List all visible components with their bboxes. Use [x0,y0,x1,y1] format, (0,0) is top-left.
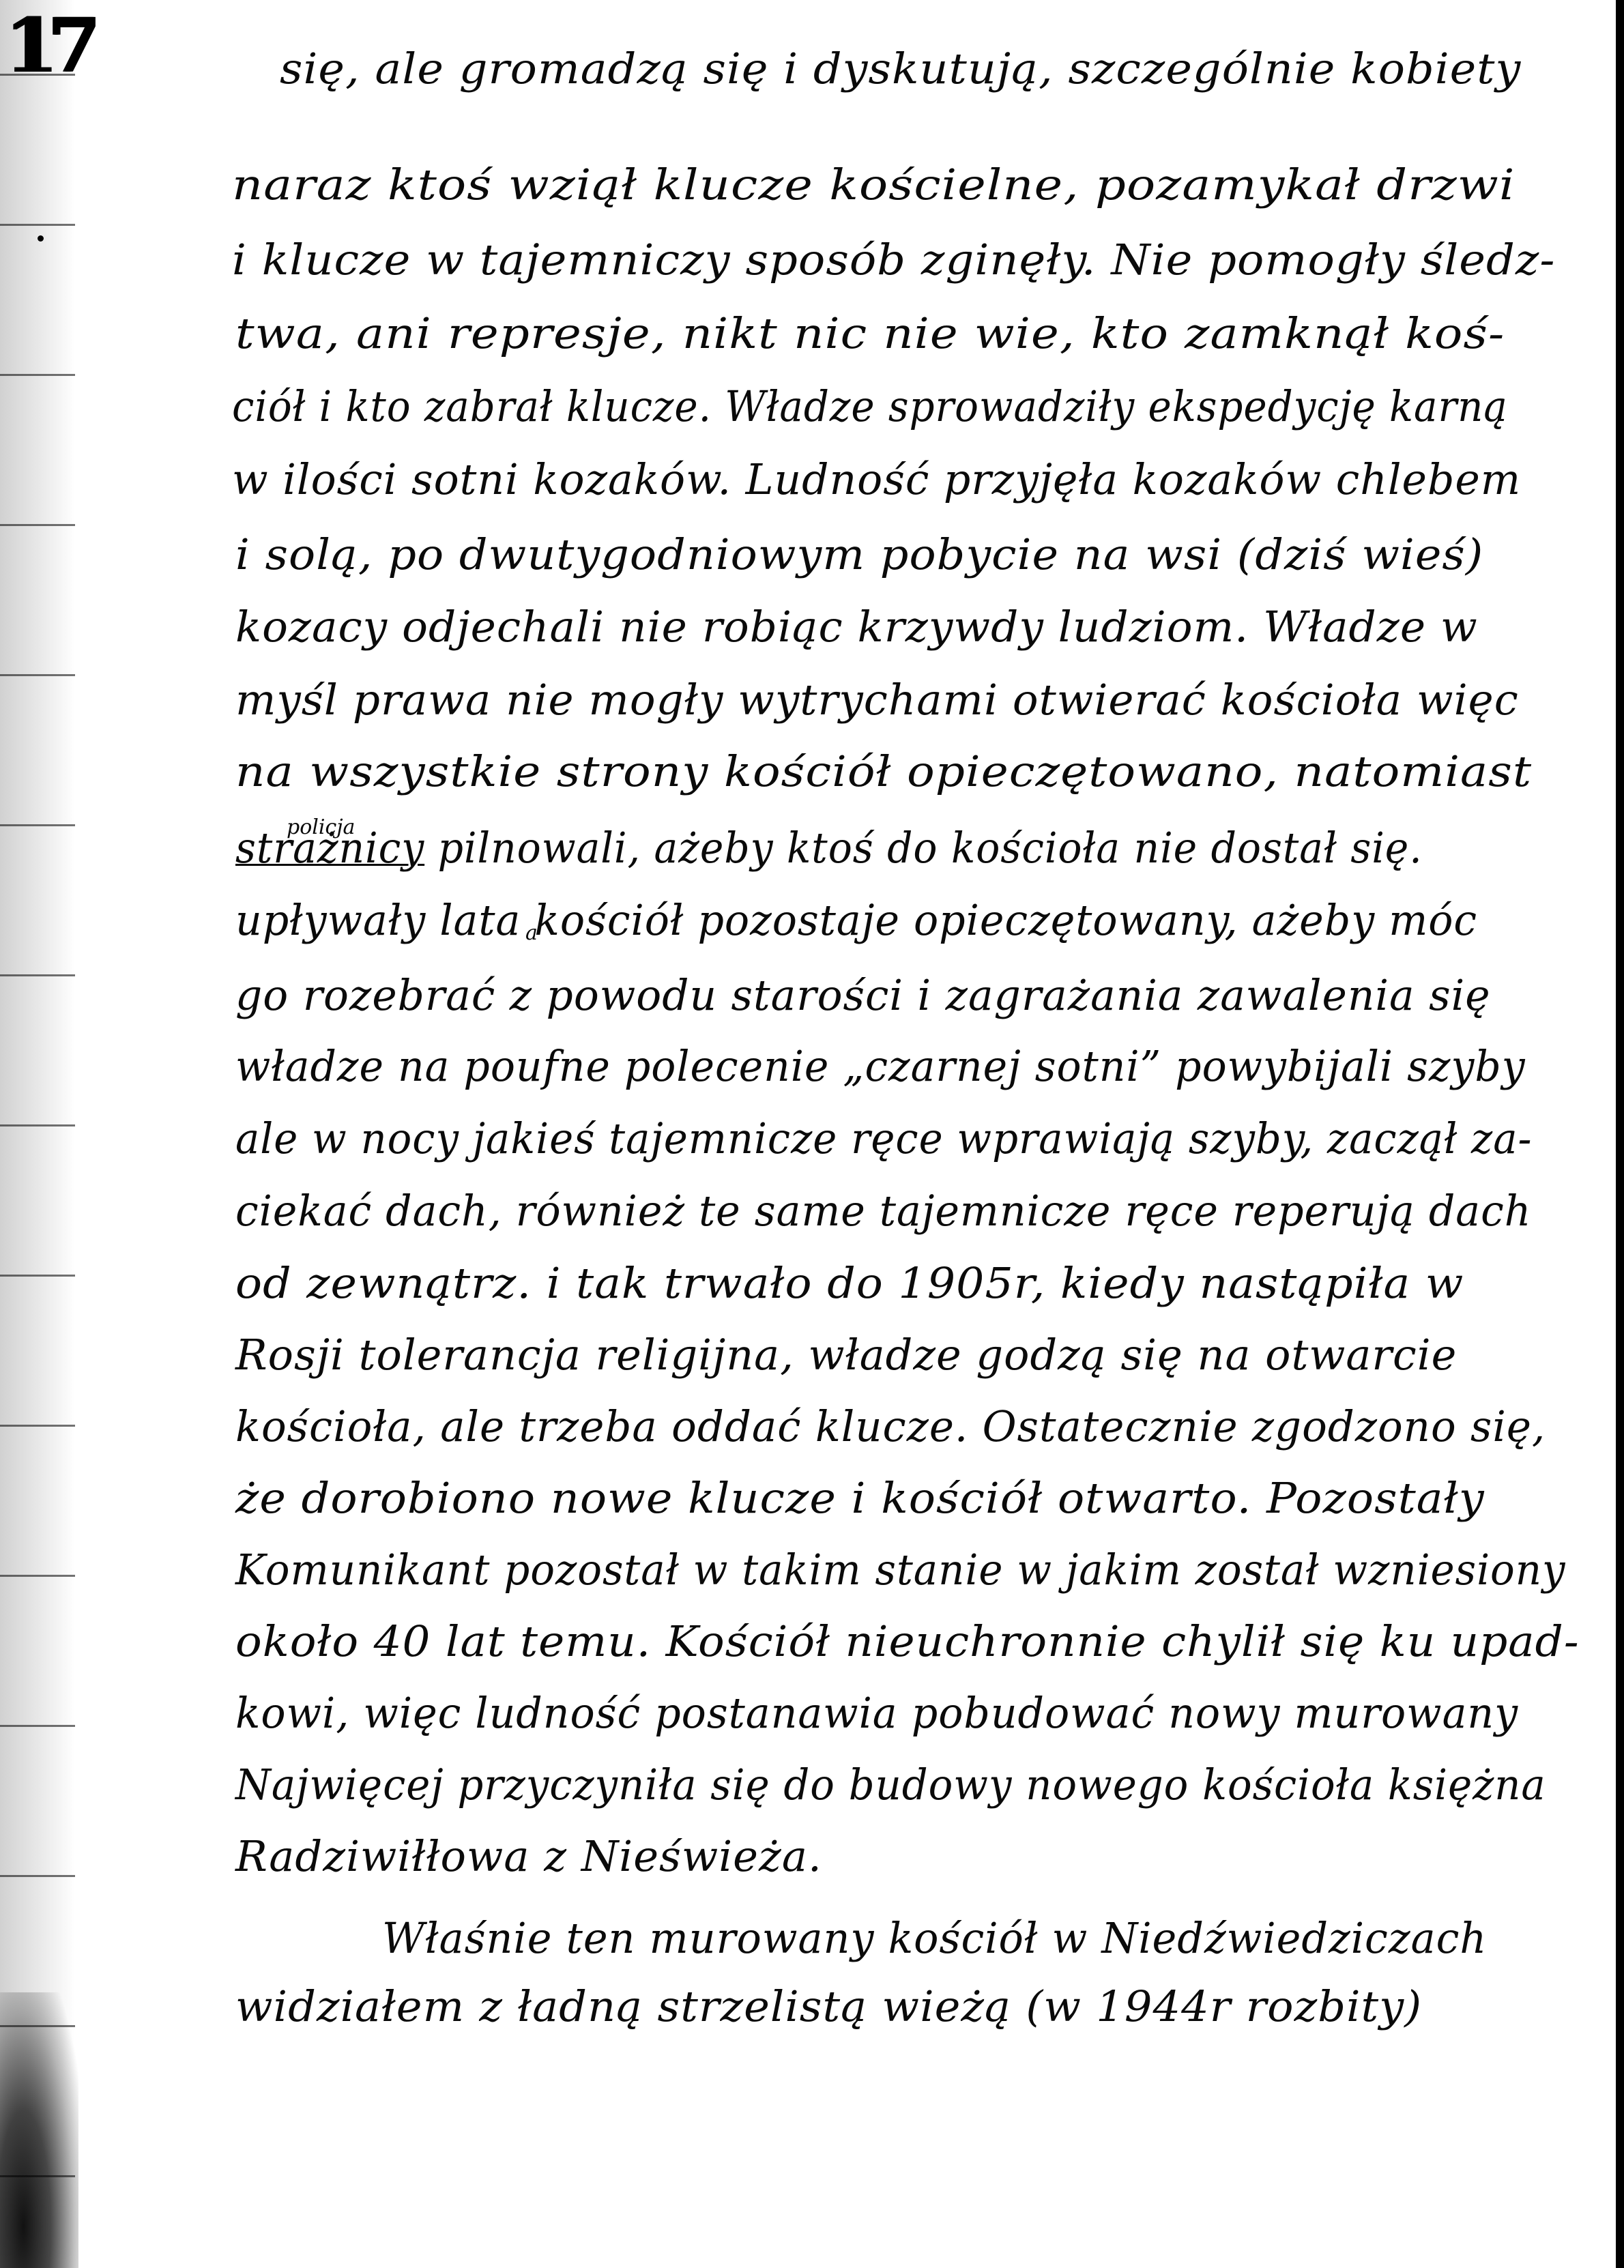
handwritten-line: że dorobiono nowe klucze i kościół otwar… [235,1477,1485,1520]
handwritten-line: Radziwiłłowa z Nieświeża. [235,1835,822,1878]
manuscript-page: 17 się, ale gromadzą się i dyskutują, sz… [0,0,1624,2268]
handwritten-line: się, ale gromadzą się i dyskutują, szcze… [280,48,1521,90]
handwritten-line: władze na poufne polecenie „czarnej sotn… [235,1045,1526,1088]
handwritten-line: upływały lata kościół pozostaje opieczęt… [235,899,1477,942]
handwritten-line: twa, ani represje, nikt nic nie wie, kto… [235,312,1505,355]
handwritten-line: ale w nocy jakieś tajemnicze ręce wprawi… [235,1118,1532,1160]
scan-right-border [1616,0,1624,2268]
handwritten-line: go rozebrać z powodu starości i zagrażan… [235,974,1491,1017]
handwritten-line: Właśnie ten murowany kościół w Niedźwied… [382,1917,1487,1960]
handwritten-line: około 40 lat temu. Kościół nieuchronnie … [235,1620,1580,1663]
handwritten-line: kowi, więc ludność postanawia pobudować … [235,1692,1518,1734]
handwritten-line: widziałem z ładną strzelistą wieżą (w 19… [235,1986,1422,2028]
handwritten-line: strażnicy pilnowali, ażeby ktoś do kości… [235,827,1423,869]
handwritten-line: Najwięcej przyczyniła się do budowy nowe… [235,1764,1546,1806]
handwritten-line: ciekać dach, również te same tajemnicze … [235,1190,1531,1232]
handwritten-line: ciół i kto zabrał klucze. Władze sprowad… [232,386,1508,428]
inserted-letter: a [525,921,538,945]
handwritten-line: naraz ktoś wziął klucze kościelne, pozam… [232,164,1516,206]
handwritten-line: kościoła, ale trzeba oddać klucze. Ostat… [235,1406,1546,1448]
handwritten-line: w ilości sotni kozaków. Ludność przyjęła… [232,459,1521,501]
margin-dot [38,235,44,242]
page-number: 17 [5,8,91,83]
handwritten-line: myśl prawa nie mogły wytrychami otwierać… [235,679,1519,721]
handwritten-line: od zewnątrz. i tak trwało do 1905r, kied… [235,1262,1464,1305]
handwritten-line: Rosji tolerancja religijna, władze godzą… [235,1334,1457,1376]
scan-stain [0,1992,78,2268]
interlinear-annotation: policja [287,815,355,839]
notebook-left-edge [0,0,75,2268]
handwritten-line: i klucze w tajemniczy sposób zginęły. Ni… [232,239,1556,281]
handwritten-line: Komunikant pozostał w takim stanie w jak… [235,1549,1565,1591]
handwritten-line: na wszystkie strony kościół opieczętowan… [235,751,1532,793]
handwritten-line: i solą, po dwutygodniowym pobycie na wsi… [235,534,1483,576]
handwritten-line: kozacy odjechali nie robiąc krzywdy ludz… [235,606,1478,648]
